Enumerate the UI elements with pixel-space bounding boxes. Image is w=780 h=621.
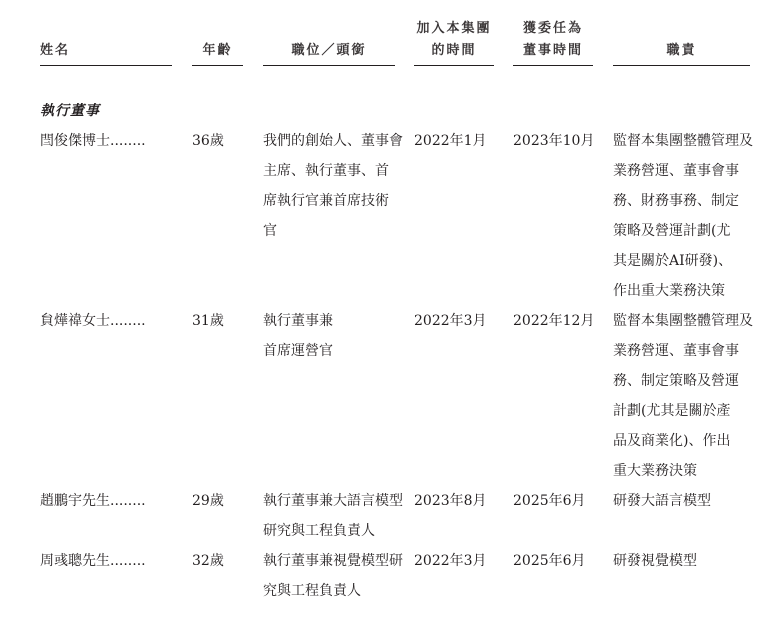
joined-date: 2023年8月 bbox=[414, 486, 487, 516]
position-line: 席執行官兼首席技術 bbox=[277, 186, 425, 216]
position-line: 執行董事兼視覺模型研 bbox=[277, 546, 425, 576]
joined-date: 2022年1月 bbox=[414, 126, 487, 156]
duty-line: 監督本集團整體管理及 bbox=[627, 126, 777, 156]
header-appointed: 獲委任為 董事時間 bbox=[513, 18, 593, 66]
duty-line: 務、財務事務、制定 bbox=[627, 186, 777, 216]
header-age: 年齡 bbox=[192, 18, 243, 66]
position-line: 執行董事兼 bbox=[277, 306, 425, 336]
director-name: 貟燁禕女士........ bbox=[40, 306, 180, 336]
director-position: 執行董事兼大語言模型 研究與工程負責人 bbox=[263, 486, 425, 546]
director-position: 執行董事兼視覺模型研 究與工程負責人 bbox=[263, 546, 425, 606]
header-name: 姓名 bbox=[40, 18, 172, 66]
director-name: 周彧聰先生........ bbox=[40, 546, 180, 576]
section-title: 執行董事 bbox=[40, 100, 100, 120]
header-name-label: 姓名 bbox=[40, 40, 172, 62]
appointed-date: 2023年10月 bbox=[513, 126, 594, 156]
header-appointed-line1: 獲委任為 bbox=[513, 18, 593, 40]
duty-line: 其是關於AI研發)、 bbox=[627, 246, 777, 276]
joined-date: 2022年3月 bbox=[414, 306, 487, 336]
header-duties: 職責 bbox=[613, 18, 750, 66]
director-name: 趙鵬宇先生........ bbox=[40, 486, 180, 516]
duty-line: 研發大語言模型 bbox=[627, 486, 777, 516]
director-age: 31歲 bbox=[192, 306, 224, 336]
position-line: 主席、執行董事、首 bbox=[277, 156, 425, 186]
position-line: 執行董事兼大語言模型 bbox=[277, 486, 425, 516]
duty-line: 重大業務決策 bbox=[627, 456, 777, 486]
position-line: 我們的創始人、董事會 bbox=[277, 126, 425, 156]
director-age: 29歲 bbox=[192, 486, 224, 516]
duty-line: 品及商業化)、作出 bbox=[627, 426, 777, 456]
header-joined: 加入本集團 的時間 bbox=[414, 18, 494, 66]
director-age: 36歲 bbox=[192, 126, 224, 156]
director-duties: 研發大語言模型 bbox=[613, 486, 777, 516]
header-age-label: 年齡 bbox=[192, 40, 243, 62]
duty-line: 務、制定策略及營運 bbox=[627, 366, 777, 396]
header-joined-line1: 加入本集團 bbox=[414, 18, 494, 40]
position-line: 研究與工程負責人 bbox=[277, 516, 425, 546]
duty-line: 作出重大業務決策 bbox=[627, 276, 777, 306]
header-joined-line2: 的時間 bbox=[414, 40, 494, 62]
duty-line: 監督本集團整體管理及 bbox=[627, 306, 777, 336]
appointed-date: 2025年6月 bbox=[513, 546, 586, 576]
director-duties: 監督本集團整體管理及 業務營運、董事會事 務、財務事務、制定 策略及營運計劃(尤… bbox=[613, 126, 777, 306]
duty-line: 計劃(尤其是關於產 bbox=[627, 396, 777, 426]
position-line: 官 bbox=[277, 216, 425, 246]
header-position-label: 職位／頭銜 bbox=[263, 40, 395, 62]
director-name: 閆俊傑博士........ bbox=[40, 126, 180, 156]
duty-line: 研發視覺模型 bbox=[627, 546, 777, 576]
header-appointed-line2: 董事時間 bbox=[513, 40, 593, 62]
appointed-date: 2022年12月 bbox=[513, 306, 594, 336]
duty-line: 業務營運、董事會事 bbox=[627, 156, 777, 186]
director-duties: 研發視覺模型 bbox=[613, 546, 777, 576]
director-position: 執行董事兼 首席運營官 bbox=[263, 306, 425, 366]
duty-line: 策略及營運計劃(尤 bbox=[627, 216, 777, 246]
joined-date: 2022年3月 bbox=[414, 546, 487, 576]
header-duties-label: 職責 bbox=[613, 40, 750, 62]
director-position: 我們的創始人、董事會 主席、執行董事、首 席執行官兼首席技術 官 bbox=[263, 126, 425, 246]
position-line: 首席運營官 bbox=[277, 336, 425, 366]
director-duties: 監督本集團整體管理及 業務營運、董事會事 務、制定策略及營運 計劃(尤其是關於產… bbox=[613, 306, 777, 486]
header-position: 職位／頭銜 bbox=[263, 18, 395, 66]
director-age: 32歲 bbox=[192, 546, 224, 576]
position-line: 究與工程負責人 bbox=[277, 576, 425, 606]
duty-line: 業務營運、董事會事 bbox=[627, 336, 777, 366]
appointed-date: 2025年6月 bbox=[513, 486, 586, 516]
